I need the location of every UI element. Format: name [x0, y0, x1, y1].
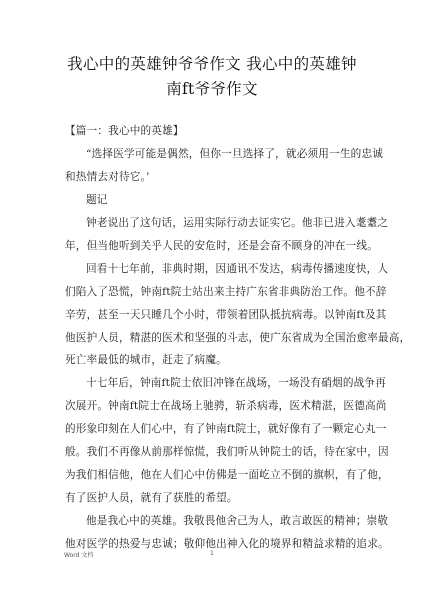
paragraph-line: 为我们相信他，他在人们心中仿佛是一面屹立不倒的旗帜，有了他， [65, 468, 365, 482]
paragraph-line: 回看十七年前，非典时期，因通讯不发达，病毒传播速度快，人 [86, 262, 386, 276]
paragraph-line: 般。我们不再像从前那样惊慌，我们听从钟院士的话，待在家中，因 [65, 445, 365, 459]
paragraph-line: 他是我心中的英雄。我敬畏他舍己为人，敢言敢医的精神；崇敬 [86, 514, 386, 528]
paragraph-line: 有了医护人员，就有了获胜的希望。 [65, 491, 365, 505]
paragraph-line: 十七年后，钟南ft院士依旧冲锋在战场，一场没有硝烟的战争再 [86, 376, 386, 390]
document-title-line-1: 我心中的英雄钟爷爷作文 我心中的英雄钟 [0, 52, 424, 76]
paragraph-line: 辛劳，甚至一天只睡几个小时，带领着团队抵抗病毒。以钟南ft及其 [65, 308, 365, 322]
paragraph-line: “选择医学可能是偶然，但你一旦选择了，就必须用一生的忠诚 [86, 147, 386, 161]
paragraph-line: 钟老说出了这句话，运用实际行动去证实它。他非已进入耄耋之 [86, 216, 386, 230]
paragraph-line: 和热情去对待它。’ [65, 170, 365, 184]
paragraph-line: 次展开。钟南ft院士在战场上驰骋，斩杀病毒，医术精湛，医德高尚 [65, 399, 365, 413]
paragraph-line: 他对医学的热爱与忠诚；敬仰他出神入化的境界和精益求精的追求。 [65, 537, 365, 551]
paragraph-line: 的形象印刻在人们心中，有了钟南ft院士，就好像有了一颗定心丸一 [65, 422, 365, 436]
paragraph-line: 他医护人员，精湛的医术和坚强的斗志，使广东省成为全国治愈率最高， [65, 331, 365, 345]
paragraph-line: 年，但当他听到关乎人民的安危时，还是会奋不顾身的冲在一线。 [65, 239, 365, 253]
footer-app-label: Word 文档 [64, 550, 93, 559]
footer-page-number: 1 [210, 550, 214, 557]
paragraph-line: 题记 [86, 193, 386, 207]
document-title-line-2: 南ft爷爷作文 [0, 77, 424, 101]
paragraph-line: 死亡率最低的城市，赶走了病魔。 [65, 353, 365, 367]
paragraph-line: 们陷入了恐慌，钟南ft院士站出来主持广东省非典防治工作。他不辞 [65, 285, 365, 299]
section-heading: 【篇一：我心中的英雄】 [65, 124, 365, 138]
document-page: 我心中的英雄钟爷爷作文 我心中的英雄钟 南ft爷爷作文 【篇一：我心中的英雄】“… [0, 0, 424, 600]
